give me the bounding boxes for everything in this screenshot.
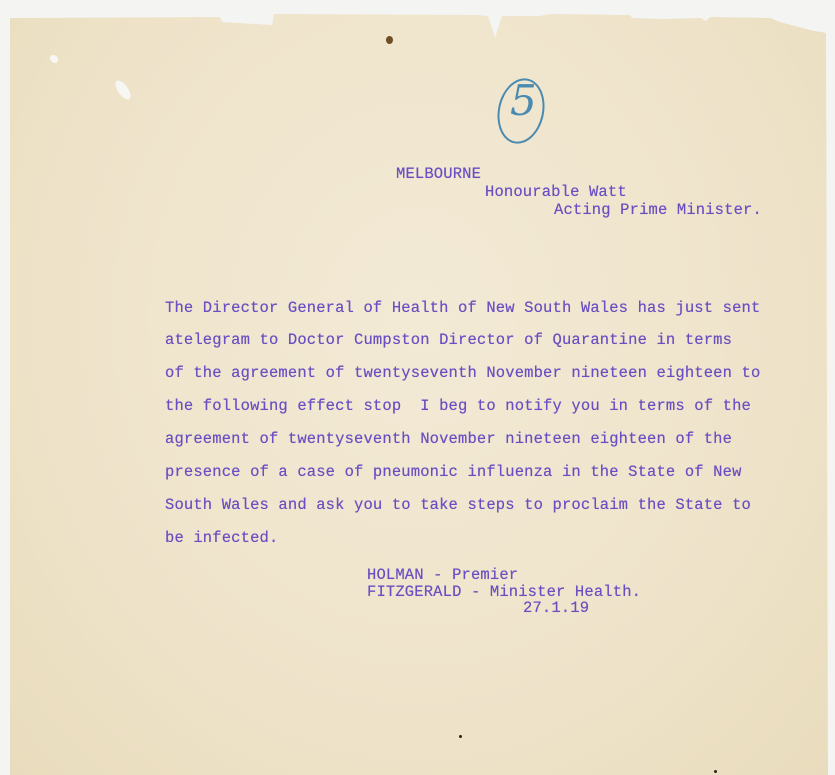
document-page [10, 8, 828, 775]
signature-premier: HOLMAN - Premier [367, 566, 518, 584]
address-recipient: Honourable Watt [485, 183, 627, 201]
body-line: of the agreement of twentyseventh Novemb… [165, 364, 760, 382]
body-line: presence of a case of pneumonic influenz… [165, 463, 742, 481]
ink-speck [459, 735, 462, 738]
ink-speck [714, 770, 717, 773]
folio-number: 5 [510, 80, 537, 122]
paper-tear [50, 55, 58, 63]
paper-stain [386, 36, 393, 44]
body-line: agreement of twentyseventh November nine… [165, 430, 732, 448]
body-line: the following effect stop I beg to notif… [165, 397, 751, 415]
address-place: MELBOURNE [396, 165, 481, 183]
body-line: South Wales and ask you to take steps to… [165, 496, 751, 514]
document-date: 27.1.19 [523, 599, 589, 617]
address-recipient-title: Acting Prime Minister. [554, 201, 762, 219]
body-line: be infected. [165, 529, 278, 547]
body-line: atelegram to Doctor Cumpston Director of… [165, 331, 732, 349]
signature-minister-health: FITZGERALD - Minister Health. [367, 583, 641, 601]
body-line: The Director General of Health of New So… [165, 299, 760, 317]
